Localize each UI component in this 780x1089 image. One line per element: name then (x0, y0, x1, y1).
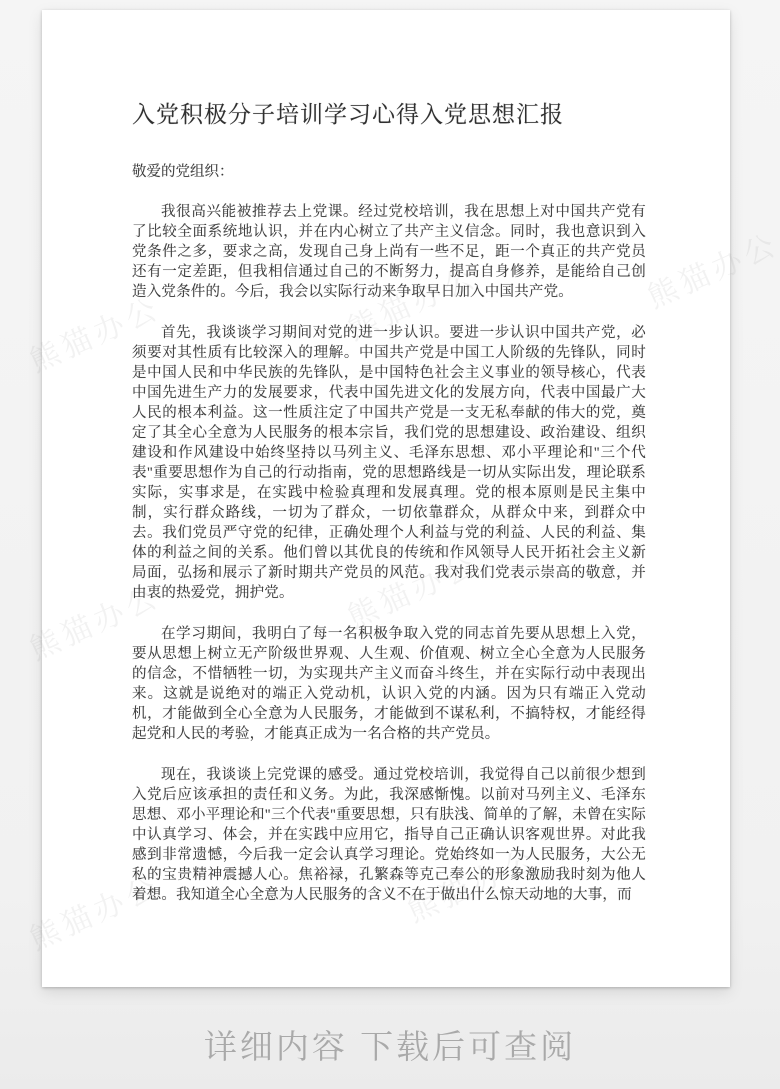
paragraph-intro: 我很高兴能被推荐去上党课。经过党校培训，我在思想上对中国共产党有了比较全面系统地… (132, 202, 646, 302)
watermark: 熊猫办公 (639, 219, 780, 316)
download-hint: 详细内容 下载后可查阅 (0, 1021, 780, 1068)
document-page: 熊猫办公 熊猫办公 熊猫办公 熊猫办公 熊猫办公 熊猫办公 熊猫办公 入党积极分… (42, 10, 730, 987)
salutation: 敬爱的党组织： (132, 160, 646, 181)
preview-background: 熊猫办公 熊猫办公 熊猫办公 熊猫办公 熊猫办公 熊猫办公 熊猫办公 入党积极分… (0, 0, 780, 1089)
document-title: 入党积极分子培训学习心得入党思想汇报 (132, 96, 646, 129)
paragraph-motivation: 在学习期间，我明白了每一名积极争取入党的同志首先要从思想上入党，要从思想上树立无… (132, 624, 646, 744)
paragraph-understanding: 首先，我谈谈学习期间对党的进一步认识。要进一步认识中国共产党，必须要对其性质有比… (132, 323, 646, 603)
document-content: 入党积极分子培训学习心得入党思想汇报 敬爱的党组织： 我很高兴能被推荐去上党课。… (132, 96, 646, 926)
paragraph-reflection: 现在，我谈谈上完党课的感受。通过党校培训，我觉得自己以前很少想到入党后应该承担的… (132, 765, 646, 905)
